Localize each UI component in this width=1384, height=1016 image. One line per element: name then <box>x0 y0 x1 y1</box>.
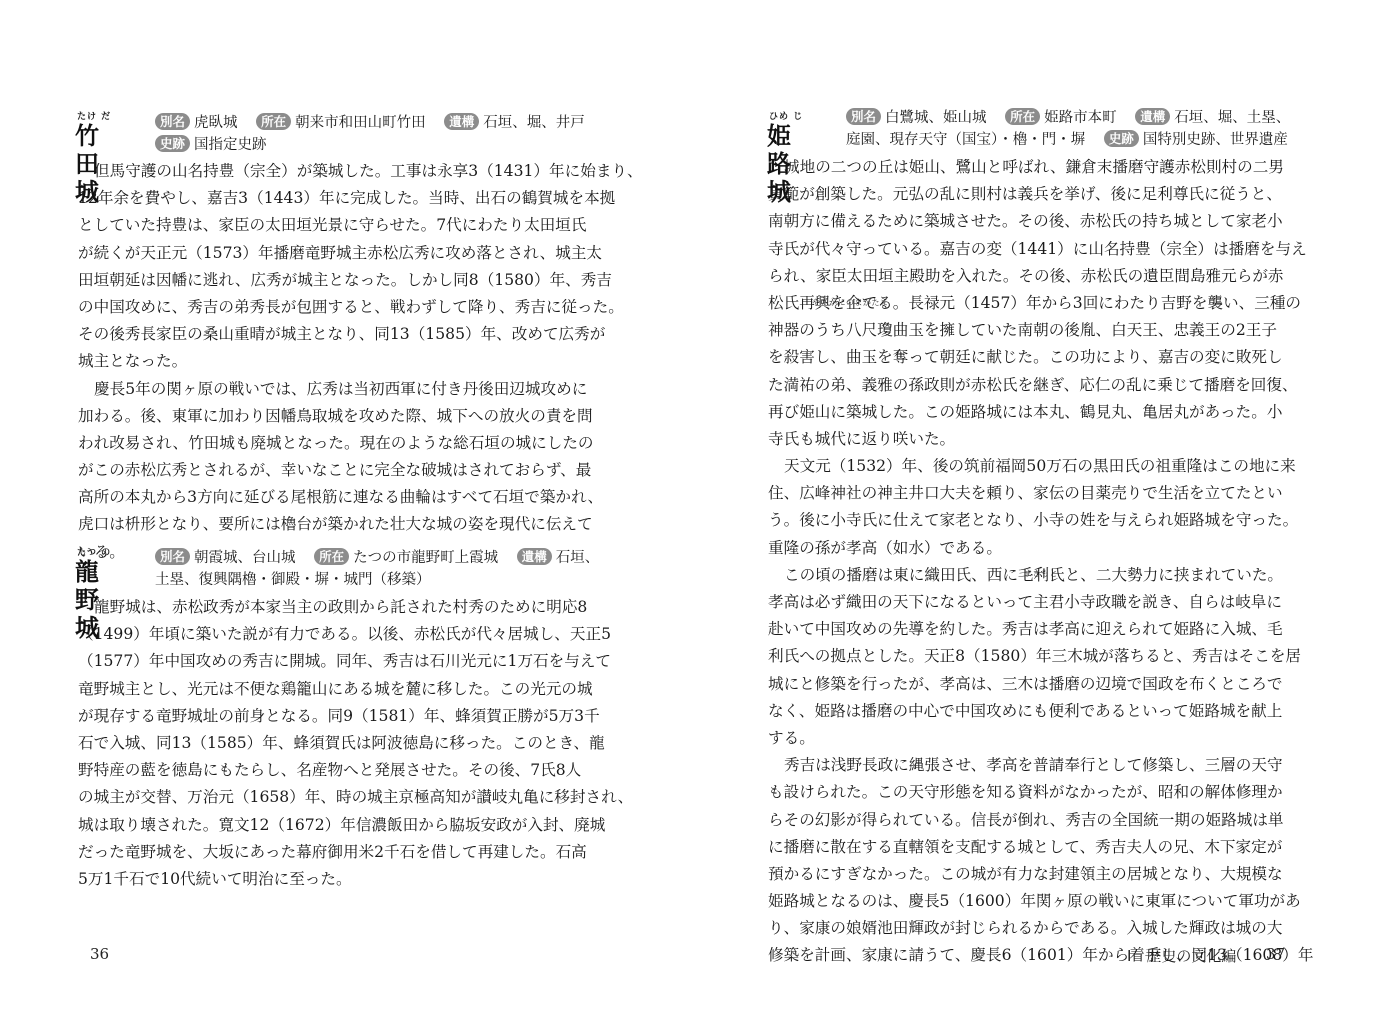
text-line: 預かるにすぎなかった。この城が有力な封建領主の居城となり、大規模な <box>768 861 1313 888</box>
badge-location: 所在 <box>314 548 349 565</box>
meta-line: 庭園、現存天守（国宝）・櫓・門・塀 史跡国特別史跡、世界遺産 <box>846 129 1304 151</box>
text-line: られ、家臣太田垣主殿助を入れた。その後、赤松氏の遺臣間島雅元らが赤 <box>768 263 1313 290</box>
meta-line: 別名白鷺城、姫山城 所在姫路市本町 遺構石垣、堀、土塁、 <box>846 107 1304 129</box>
badge-remains: 遺構 <box>1135 108 1170 125</box>
castle-meta: 別名虎臥城 所在朝来市和田山町竹田 遺構石垣、堀、井戸 史跡国指定史跡 <box>155 112 599 156</box>
text-line: する。 <box>768 725 1313 752</box>
text-line: 赴いて中国攻めの先導を約した。秀吉は孝高に迎えられて姫路に入城、毛 <box>768 616 1313 643</box>
meta-remains-value-cont: 土塁、復興隅櫓・御殿・塀・城門（移築） <box>155 572 431 588</box>
castle-reading: たけ だ <box>77 109 111 122</box>
meta-remains-value: 石垣、堀、土塁、 <box>1174 110 1290 126</box>
badge-remains: 遺構 <box>444 113 479 130</box>
text-line: 慶長5年の関ヶ原の戦いでは、広秀は当初西軍に付き丹後田辺城攻めに <box>78 376 643 403</box>
text-line: 竜野城主とし、光元は不便な鶏籠山にある城を麓に移した。この光元の城 <box>78 676 633 703</box>
text-line: 石で入城、同13（1585）年、蜂須賀氏は阿波徳島に移った。このとき、龍 <box>78 730 633 757</box>
left-page: たけ だ 竹田城 別名虎臥城 所在朝来市和田山町竹田 遺構石垣、堀、井戸 史跡国… <box>0 0 692 1016</box>
badge-alias: 別名 <box>846 108 881 125</box>
castle-reading: たつ の <box>77 545 111 558</box>
ruby-reading: まさもと <box>1024 568 1058 579</box>
text-line: （1577）年中国攻めの秀吉に開城。同年、秀吉は石川光元に1万石を与えて <box>78 648 633 675</box>
meta-historic-site-value: 国指定史跡 <box>194 137 267 153</box>
text-line: なく、姫路は播磨の中心で中国攻めにも便利であるといって姫路城を献上 <box>768 698 1313 725</box>
text-line: 天文元（1532）年、後の筑前福岡50万石の黒田氏の祖重隆はこの地に来 <box>768 453 1313 480</box>
meta-line: 別名虎臥城 所在朝来市和田山町竹田 遺構石垣、堀、井戸 <box>155 112 599 134</box>
text-line: （1499）年頃に築いた説が有力である。以後、赤松氏が代々居城し、天正5 <box>78 621 633 648</box>
text-line: 加わる。後、東軍に加わり因幡鳥取城を攻めた際、城下への放火の責を問 <box>78 403 643 430</box>
ruby-reading: やさかにのまがたま <box>812 297 889 308</box>
badge-location: 所在 <box>1005 108 1040 125</box>
castle-meta: 別名朝霞城、台山城 所在たつの市龍野町上霞城 遺構石垣、 土塁、復興隅櫓・御殿・… <box>155 547 613 591</box>
text-line: その後秀長家臣の桑山重晴が城主となり、同13（1585）年、改めて広秀が <box>78 321 643 348</box>
text-line: に播磨に散在する直轄領を支配する城として、秀吉夫人の兄、木下家定が <box>768 834 1313 861</box>
text-line: 野特産の藍を徳島にもたらし、名産物へと発展させた。その後、7氏8人 <box>78 757 633 784</box>
text-line: 城主となった。 <box>78 348 643 375</box>
text-line: 但馬守護の山名持豊（宗全）が築城した。工事は永享3（1431）年に始まり、 <box>78 158 643 185</box>
badge-remains: 遺構 <box>517 548 552 565</box>
meta-line: 土塁、復興隅櫓・御殿・塀・城門（移築） <box>155 569 613 591</box>
text-line: 孝高は必ず織田の天下になるといって主君小寺政職を説き、自らは岐阜に <box>768 589 1313 616</box>
text-line: 高所の本丸から3方向に延びる尾根筋に連なる曲輪はすべて石垣で築かれ、 <box>78 484 643 511</box>
text-line: の中国攻めに、秀吉の弟秀長が包囲すると、戦わずして降り、秀吉に従った。 <box>78 294 643 321</box>
meta-alias-value: 白鷺城、姫山城 <box>885 110 987 126</box>
text-line: 虎口は枡形となり、要所には櫓台が築かれた壮大な城の姿を現代に伝えて <box>78 511 643 538</box>
right-page: ひめ じ 姫路城 別名白鷺城、姫山城 所在姫路市本町 遺構石垣、堀、土塁、 庭園… <box>692 0 1384 1016</box>
badge-alias: 別名 <box>155 113 190 130</box>
badge-historic-site: 史跡 <box>1104 130 1139 147</box>
text-line: 利氏への拠点とした。天正8（1580）年三木城が落ちると、秀吉はそこを居 <box>768 643 1313 670</box>
text-line: だった竜野城を、大坂にあった幕府御用米2千石を借して再建した。石高 <box>78 839 633 866</box>
paragraph: 但馬守護の山名持豊（宗全）が築城した。工事は永享3（1431）年に始まり、 12… <box>78 158 643 566</box>
text-line: 寺氏が代々守っている。嘉吉の変（1441）に山名持豊（宗全）は播磨を与え <box>768 236 1313 263</box>
text-line: 城地の二つの丘は姫山、鷺山と呼ばれ、鎌倉末播磨守護赤松則村の二男 <box>768 154 1313 181</box>
text-line: が現存する竜野城址の前身となる。同9（1581）年、蜂須賀正勝が5万3千 <box>78 703 633 730</box>
text-line: 5万1千石で10代続いて明治に至った。 <box>78 866 633 893</box>
meta-remains-value: 石垣、堀、井戸 <box>483 115 585 131</box>
text-line: 姫路城となるのは、慶長5（1600）年関ヶ原の戦いに東軍について軍功があ <box>768 888 1313 915</box>
text-line: を殺害し、曲玉を奪って朝廷に献じた。この功により、嘉吉の変に敗死し <box>768 344 1313 371</box>
meta-historic-site-value: 国特別史跡、世界遺産 <box>1143 132 1288 148</box>
text-line: われ改易され、竹田城も廃城となった。現在のような総石垣の城にしたの <box>78 430 643 457</box>
running-head: I 歴史の文化編 <box>1127 945 1236 966</box>
text-line: も設けられた。この天守形態を知る資料がなかったが、昭和の解体修理か <box>768 779 1313 806</box>
text-line: の城主が交替、万治元（1658）年、時の城主京極高知が讃岐丸亀に移封され、 <box>78 784 633 811</box>
text-line: が続くが天正元（1573）年播磨竜野城主赤松広秀に攻め落とされ、城主太 <box>78 240 643 267</box>
text-line: としていた持豊は、家臣の太田垣光景に守らせた。7代にわたり太田垣氏 <box>78 212 643 239</box>
meta-remains-value: 石垣、 <box>556 550 600 566</box>
meta-remains-value-cont: 庭園、現存天守（国宝）・櫓・門・塀 <box>846 132 1085 148</box>
text-line: り、家康の娘婿池田輝政が封じられるからである。入城した輝政は城の大 <box>768 915 1313 942</box>
badge-location: 所在 <box>256 113 291 130</box>
text-line: がこの赤松広秀とされるが、幸いなことに完全な破城はされておらず、最 <box>78 457 643 484</box>
text-line: 田垣朝延は因幡に逃れ、広秀が城主となった。しかし同8（1580）年、秀吉 <box>78 267 643 294</box>
text-line: 秀吉は浅野長政に縄張させ、孝高を普請奉行として修築し、三層の天守 <box>768 752 1313 779</box>
text-line: 龍野城は、赤松政秀が本家当主の政則から託された村秀のために明応8 <box>78 594 633 621</box>
castle-reading: ひめ じ <box>769 109 803 122</box>
text-line: 住、広峰神社の神主井口大夫を頼り、家伝の目薬売りで生活を立てたとい <box>768 480 1313 507</box>
paragraph: 城地の二つの丘は姫山、鷺山と呼ばれ、鎌倉末播磨守護赤松則村の二男 貞範が創築した… <box>768 154 1313 970</box>
text-line: た満祐の弟、義雅の孫政則が赤松氏を継ぎ、応仁の乱に乗じて播磨を回復、 <box>768 372 1313 399</box>
badge-alias: 別名 <box>155 548 190 565</box>
text-line: 城は取り壊された。寛文12（1672）年信濃飯田から脇坂安政が入封、廃城 <box>78 812 633 839</box>
badge-historic-site: 史跡 <box>155 135 190 152</box>
paragraph: 龍野城は、赤松政秀が本家当主の政則から託された村秀のために明応8 （1499）年… <box>78 594 633 893</box>
meta-location-value: 姫路市本町 <box>1044 110 1117 126</box>
castle-meta: 別名白鷺城、姫山城 所在姫路市本町 遺構石垣、堀、土塁、 庭園、現存天守（国宝）… <box>846 107 1304 151</box>
text-line: らその幻影が得られている。信長が倒れ、秀吉の全国統一期の姫路城は単 <box>768 807 1313 834</box>
text-line: 重隆の孫が孝高（如水）である。 <box>768 535 1313 562</box>
meta-line: 史跡国指定史跡 <box>155 134 599 156</box>
text-line: 12年余を費やし、嘉吉3（1443）年に完成した。当時、出石の鶴賀城を本拠 <box>78 185 643 212</box>
text-line: 南朝方に備えるために築城させた。その後、赤松氏の持ち城として家老小 <box>768 208 1313 235</box>
text-line: 寺氏も城代に返り咲いた。 <box>768 426 1313 453</box>
text-line: う。後に小寺氏に仕えて家老となり、小寺の姓を与えられ姫路城を守った。 <box>768 507 1313 534</box>
text-line: 貞範が創築した。元弘の乱に則村は義兵を挙げ、後に足利尊氏に従うと、 <box>768 181 1313 208</box>
page-number: 36 <box>90 945 109 963</box>
meta-line: 別名朝霞城、台山城 所在たつの市龍野町上霞城 遺構石垣、 <box>155 547 613 569</box>
text-line: 城にと修築を行ったが、孝高は、三木は播磨の辺境で国政を布くところで <box>768 671 1313 698</box>
meta-location-value: 朝来市和田山町竹田 <box>295 115 426 131</box>
meta-alias-value: 朝霞城、台山城 <box>194 550 296 566</box>
page-number: 37 <box>1266 945 1285 963</box>
text-line: 再び姫山に築城した。この姫路城には本丸、鶴見丸、亀居丸があった。小 <box>768 399 1313 426</box>
text-line: 神器のうち八尺瓊曲玉を擁していた南朝の後胤、白天王、忠義王の2王子 <box>768 317 1313 344</box>
meta-alias-value: 虎臥城 <box>194 115 238 131</box>
meta-location-value: たつの市龍野町上霞城 <box>353 550 498 566</box>
